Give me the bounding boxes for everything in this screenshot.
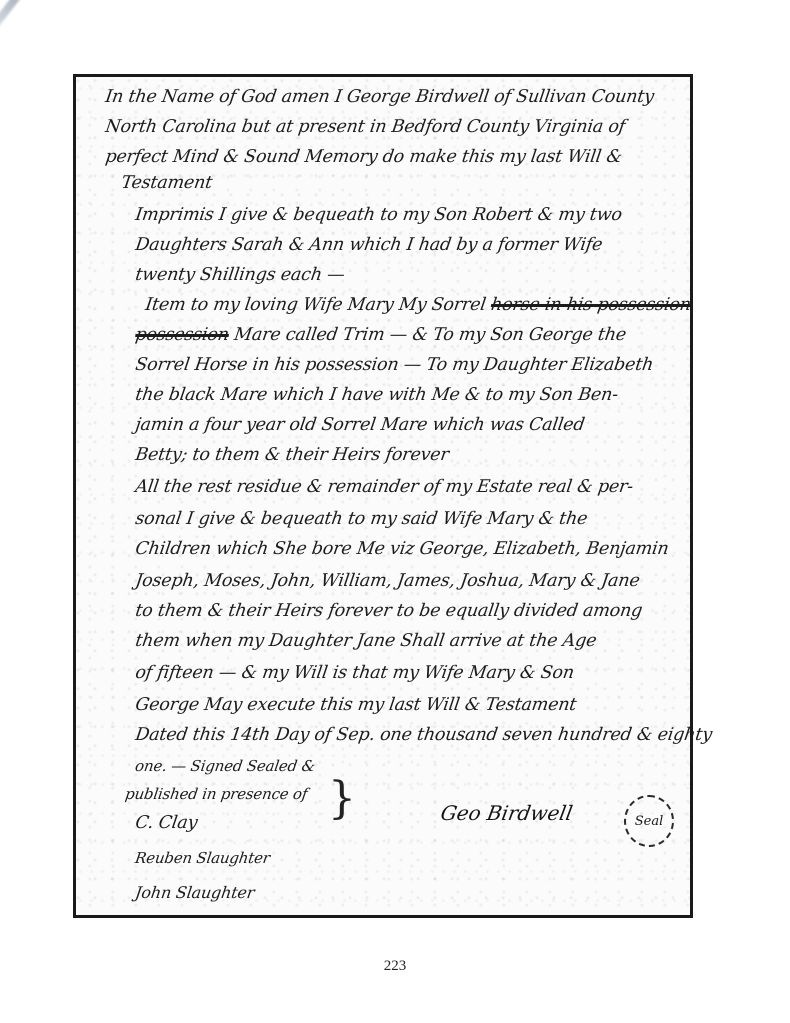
will-line-11: the black Mare which I have with Me & to…: [134, 385, 619, 405]
document-frame: In the Name of God amen I George Birdwel…: [73, 74, 693, 918]
will-line-8: Item to my loving Wife Mary My Sorrel ho…: [144, 295, 692, 315]
will-line-9: possession Mare called Trim — & To my So…: [134, 325, 627, 345]
will-line-13: Betty; to them & their Heirs forever: [134, 445, 450, 465]
will-line-19: them when my Daughter Jane Shall arrive …: [134, 631, 598, 651]
will-line-16: Children which She bore Me viz George, E…: [134, 539, 670, 559]
will-line-7: twenty Shillings each —: [134, 265, 346, 285]
will-line-10: Sorrel Horse in his possession — To my D…: [134, 355, 655, 375]
witness-signature-john-slaughter: John Slaughter: [134, 883, 256, 902]
will-line-3: perfect Mind & Sound Memory do make this…: [104, 147, 623, 167]
witness-signature-reuben-slaughter: Reuben Slaughter: [134, 849, 271, 867]
struck-text: possession: [134, 325, 230, 345]
will-line-5: Imprimis I give & bequeath to my Son Rob…: [134, 205, 623, 225]
seal-icon: Seal: [624, 795, 674, 847]
seal-label: Seal: [635, 814, 664, 829]
testator-signature: Geo Birdwell: [439, 801, 575, 825]
will-line-20: of fifteen — & my Will is that my Wife M…: [134, 663, 575, 683]
struck-text: horse in his possession: [490, 295, 693, 315]
will-line-14: All the rest residue & remainder of my E…: [134, 477, 634, 497]
will-line-4: Testament: [120, 173, 213, 193]
will-line-12: jamin a four year old Sorrel Mare which …: [134, 415, 586, 435]
scan-artifact-streak: [0, 0, 51, 46]
will-line-21: George May execute this my last Will & T…: [134, 695, 578, 715]
will-line-1: In the Name of God amen I George Birdwel…: [104, 87, 655, 107]
witness-clause-2: published in presence of: [124, 785, 309, 803]
witness-signature-c-clay: C. Clay: [134, 813, 199, 833]
page-number: 223: [0, 958, 790, 975]
will-line-8-text: Item to my loving Wife Mary My Sorrel: [144, 295, 487, 315]
will-line-22: Dated this 14th Day of Sep. one thousand…: [134, 725, 713, 745]
will-line-15: sonal I give & bequeath to my said Wife …: [134, 509, 589, 529]
will-line-6: Daughters Sarah & Ann which I had by a f…: [134, 235, 604, 255]
witness-clause-1: one. — Signed Sealed &: [134, 757, 316, 775]
witness-brace: }: [328, 777, 356, 821]
will-line-2: North Carolina but at present in Bedford…: [104, 117, 626, 137]
will-line-18: to them & their Heirs forever to be equa…: [134, 601, 644, 621]
will-line-9-text: Mare called Trim — & To my Son George th…: [233, 325, 628, 345]
will-line-17: Joseph, Moses, John, William, James, Jos…: [134, 571, 641, 591]
